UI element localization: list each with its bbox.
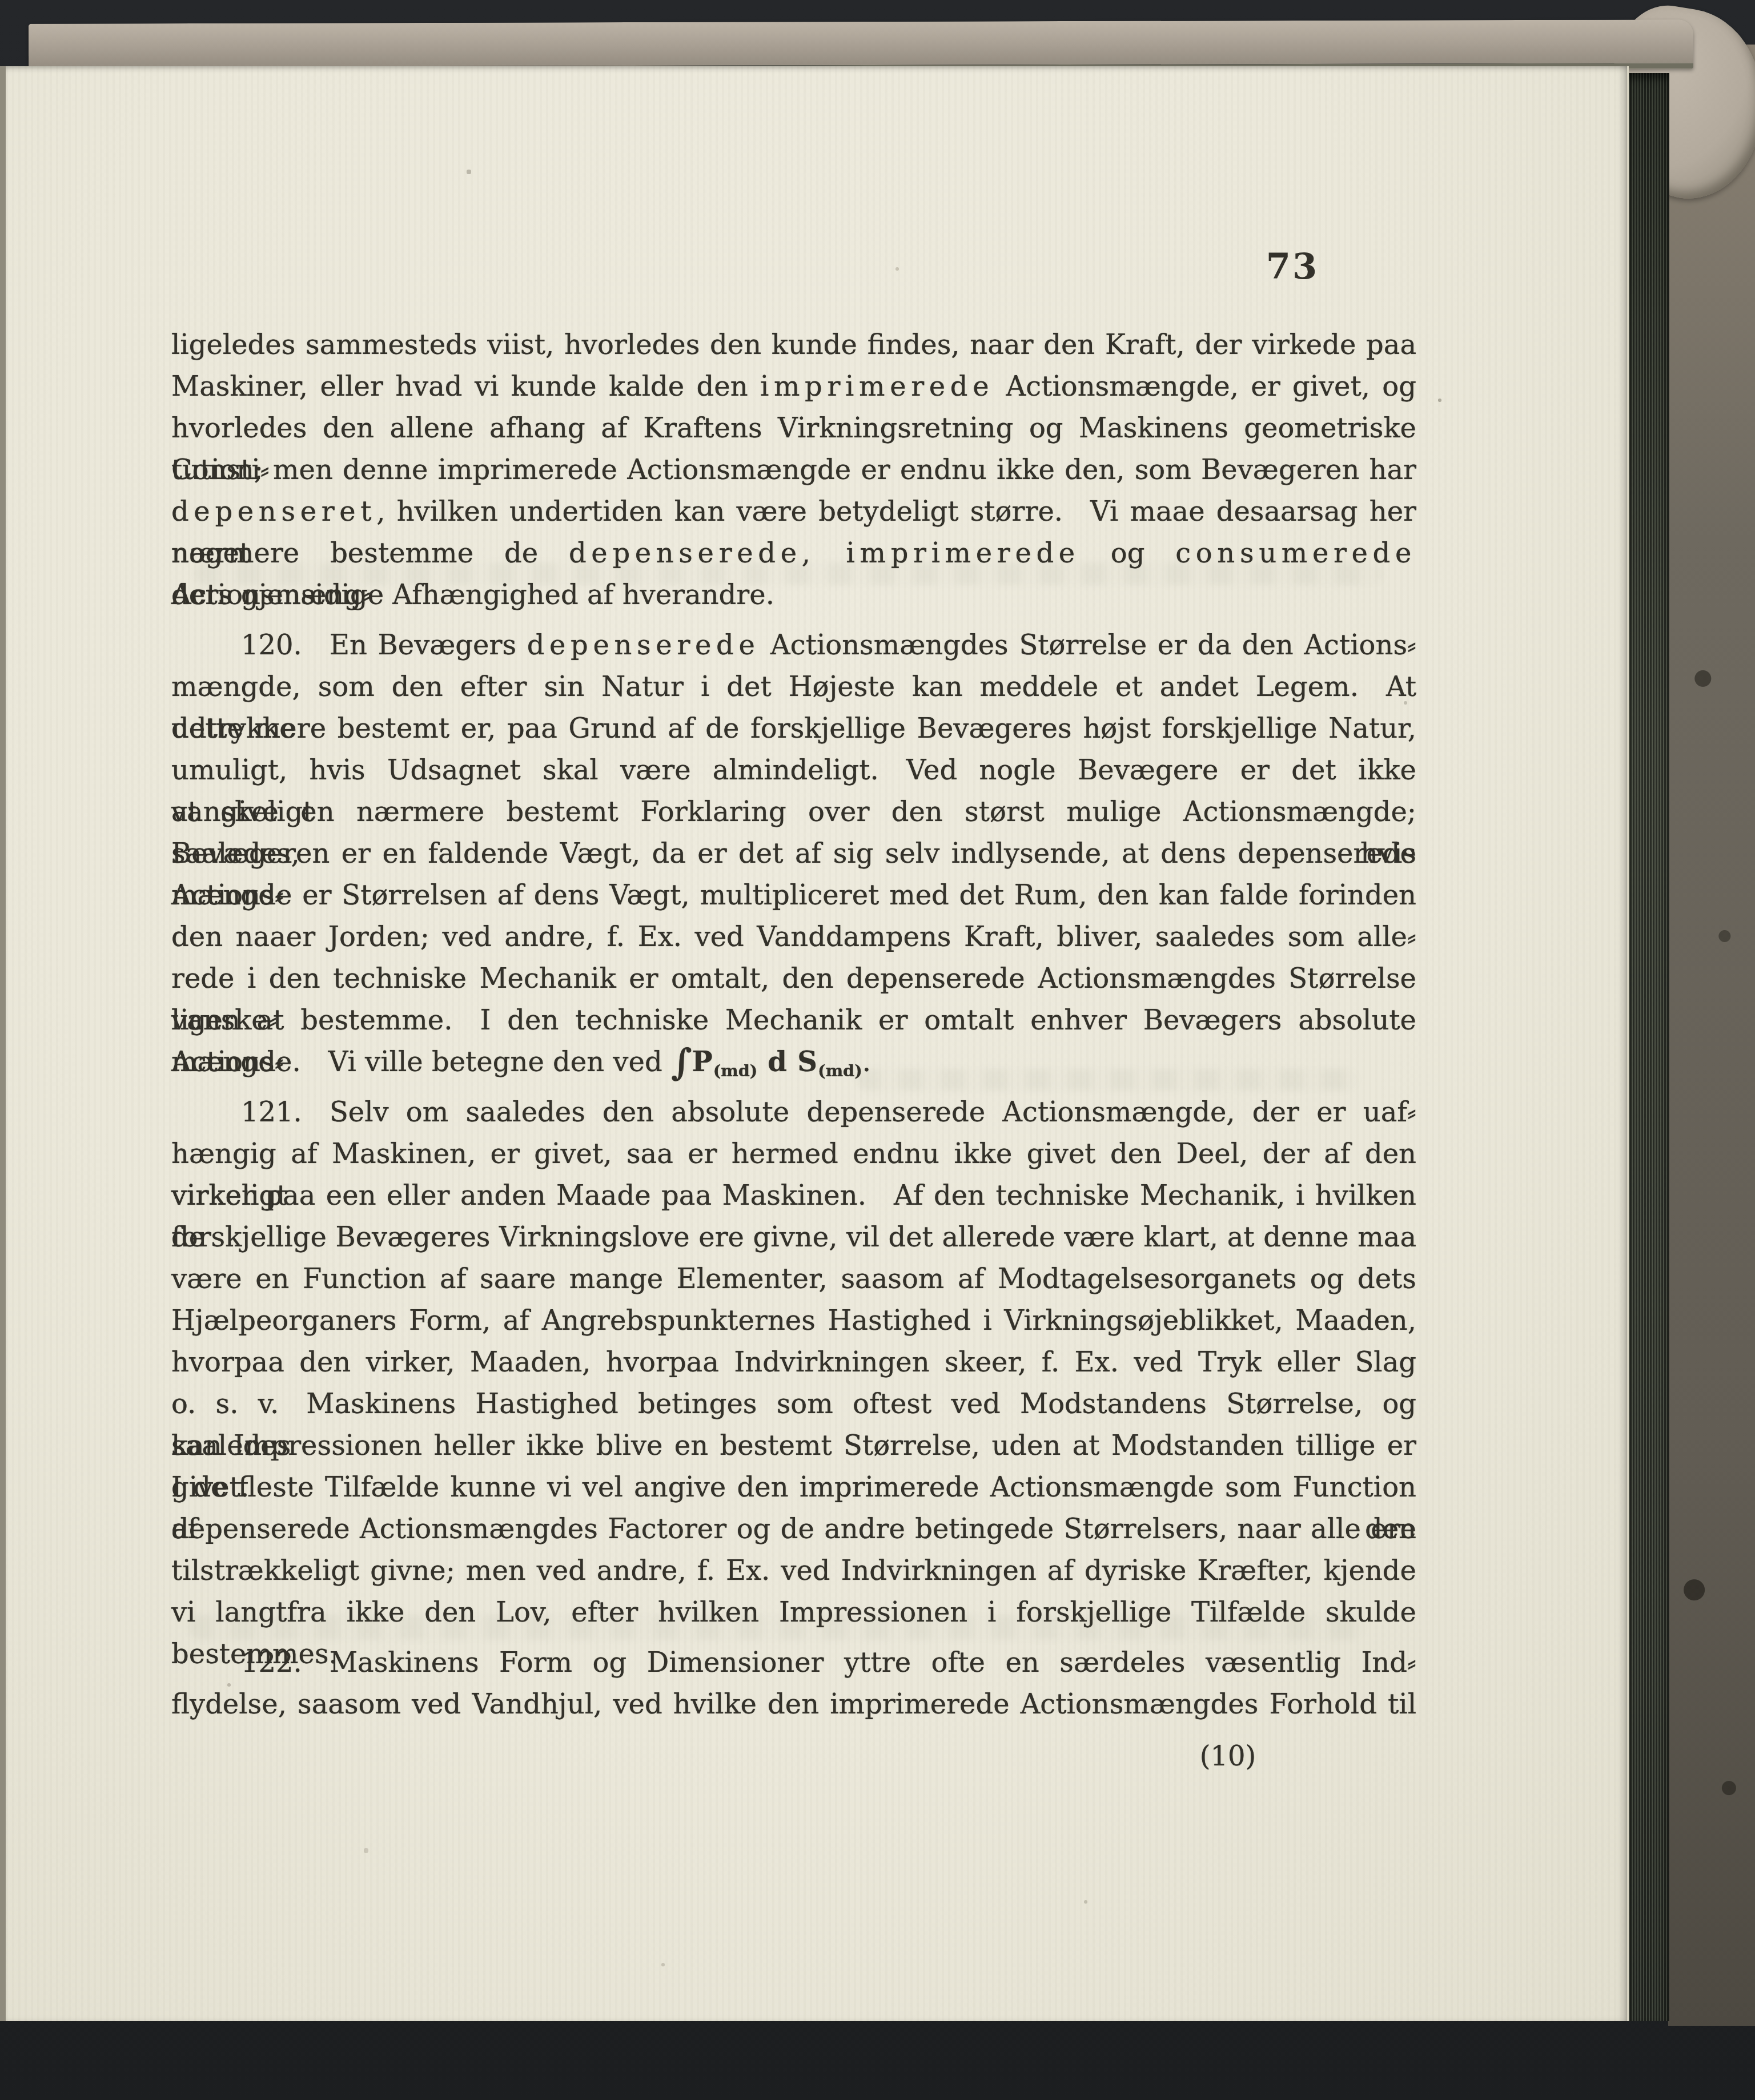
text-line: ders gjensidige Afhængighed af hverandre… <box>171 574 1416 616</box>
text-line: mængde. Vi ville betegne den ved ∫P(md) … <box>171 1041 1416 1083</box>
text-block: ligeledes sammesteds viist, hvorledes de… <box>171 324 1416 1725</box>
text-line: den naaer Jorden; ved andre, f. Ex. ved … <box>171 916 1416 958</box>
text-line: rede i den techniske Mechanik er omtalt,… <box>171 958 1416 1000</box>
text-line: forskjellige Bevægeres Virkningslove ere… <box>171 1217 1416 1258</box>
text-line: være en Function af saare mange Elemente… <box>171 1258 1416 1300</box>
page-block-edge <box>1627 73 1669 2021</box>
text-line: tution; men denne imprimerede Actionsmæn… <box>171 449 1416 491</box>
text-line: virker paa een eller anden Maade paa Mas… <box>171 1175 1416 1217</box>
text-line: mængde, som den efter sin Natur i det Hø… <box>171 666 1416 708</box>
text-line: depenserede Actionsmængdes Factorer og d… <box>171 1508 1416 1550</box>
text-line: umuligt, hvis Udsagnet skal være alminde… <box>171 750 1416 791</box>
text-line: tilstrækkeligt givne; men ved andre, f. … <box>171 1550 1416 1592</box>
paper-specks <box>0 0 1 1</box>
text-line: Bevægeren er en faldende Vægt, da er det… <box>171 833 1416 875</box>
text-line: hvorledes den allene afhang af Kraftens … <box>171 408 1416 449</box>
text-line: 122. Maskinens Form og Dimensioner yttre… <box>171 1642 1416 1684</box>
page-number: 73 <box>1244 246 1341 287</box>
text-line: depenseret, hvilken undertiden kan være … <box>171 491 1416 533</box>
text-line: o. s. v. Maskinens Hastighed betinges so… <box>171 1383 1416 1425</box>
paragraph: 121. Selv om saaledes den absolute depen… <box>171 1092 1416 1634</box>
paragraph: 122. Maskinens Form og Dimensioner yttre… <box>171 1642 1416 1725</box>
text-line: flydelse, saasom ved Vandhjul, ved hvilk… <box>171 1684 1416 1725</box>
text-line: at give en nærmere bestemt Forklaring ov… <box>171 791 1416 833</box>
text-line: 121. Selv om saaledes den absolute depen… <box>171 1092 1416 1133</box>
book-cover-edge <box>1668 45 1755 2026</box>
text-line: ligeledes sammesteds viist, hvorledes de… <box>171 324 1416 366</box>
text-line: dette mere bestemt er, paa Grund af de f… <box>171 708 1416 750</box>
text-line: Hjælpeorganers Form, af Angrebspunkterne… <box>171 1300 1416 1342</box>
text-line: nærmere bestemme de depenserede, imprime… <box>171 533 1416 574</box>
text-line: mængde er Størrelsen af dens Vægt, multi… <box>171 875 1416 916</box>
text-line: ligen at bestemme. I den techniske Mecha… <box>171 1000 1416 1041</box>
text-line: Maskiner, eller hvad vi kunde kalde den … <box>171 366 1416 408</box>
text-line: hvorpaa den virker, Maaden, hvorpaa Indv… <box>171 1342 1416 1383</box>
text-line: I de fleste Tilfælde kunne vi vel angive… <box>171 1467 1416 1508</box>
text-line: 120. En Bevægers depenserede Actionsmæng… <box>171 625 1416 666</box>
text-line: kan Impressionen heller ikke blive en be… <box>171 1425 1416 1467</box>
text-line: vi langtfra ikke den Lov, efter hvilken … <box>171 1592 1416 1634</box>
book-scan-page: 73 ligeledes sammesteds viist, hvorledes… <box>0 0 1755 2100</box>
signature-mark: (10) <box>1162 1736 1294 1777</box>
paragraph: 120. En Bevægers depenserede Actionsmæng… <box>171 625 1416 1083</box>
paragraph: ligeledes sammesteds viist, hvorledes de… <box>171 324 1416 616</box>
book-head-edge <box>29 19 1693 73</box>
text-line: hængig af Maskinen, er givet, saa er her… <box>171 1133 1416 1175</box>
left-paper-edge <box>0 66 6 2021</box>
